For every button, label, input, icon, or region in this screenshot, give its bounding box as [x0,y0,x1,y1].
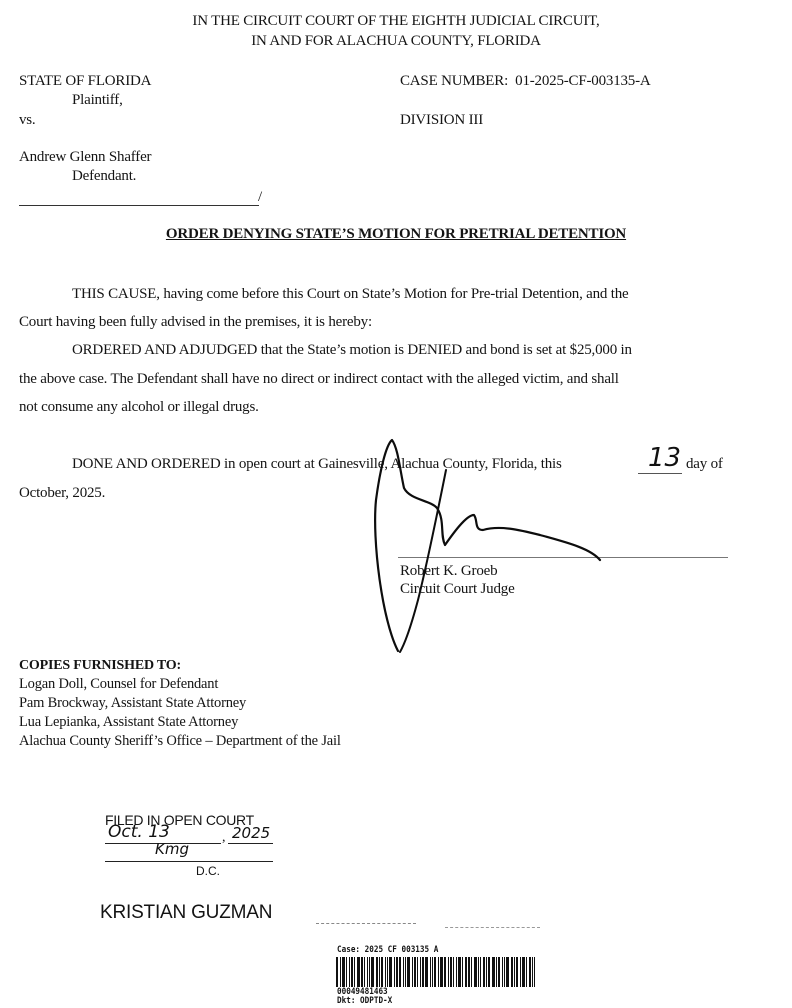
barcode-bar [488,957,490,987]
barcode-bar [522,957,525,987]
barcode-bar [480,957,481,987]
court-header-line-2: IN AND FOR ALACHUA COUNTY, FLORIDA [0,33,792,50]
barcode-bar [532,957,533,987]
faint-mark [445,927,540,928]
barcode-bar [361,957,363,987]
para1-line1: THIS CAUSE, having come before this Cour… [72,286,629,303]
barcode-bar [529,957,531,987]
barcode-bar [458,957,461,987]
barcode-bar [346,957,347,987]
para2-line1: ORDERED AND ADJUDGED that the State’s mo… [72,342,632,359]
barcode-bar [465,957,467,987]
copies-recipient: Logan Doll, Counsel for Defendant [19,676,218,693]
barcode-bar [483,957,485,987]
barcode-bar [456,957,457,987]
copies-heading: COPIES FURNISHED TO: [19,658,181,674]
barcode-docket: Dkt: ODPTD-X [337,997,392,1006]
day-blank-line [638,473,682,474]
barcode-bar [417,957,418,987]
versus: vs. [19,112,36,129]
para2-line3: not consume any alcohol or illegal drugs… [19,399,259,416]
clerk-initials: Kmg [155,840,189,858]
barcode-bar [371,957,374,987]
barcode-bar [351,957,353,987]
barcode-bar [502,957,503,987]
copies-recipient: Lua Lepianka, Assistant State Attorney [19,714,238,731]
clerk-name: KRISTIAN GUZMAN [100,902,272,924]
barcode-bar [364,957,365,987]
handwritten-day: 13 [648,444,681,472]
done-line2: October, 2025. [19,485,105,502]
barcode-bar [349,957,350,987]
barcode-bar [414,957,416,987]
barcode-bar [504,957,505,987]
filed-date-comma: , [222,830,225,846]
barcode-bar [407,957,410,987]
copies-recipient: Pam Brockway, Assistant State Attorney [19,695,246,712]
barcode-bar [468,957,470,987]
barcode-bar [511,957,513,987]
barcode-bar [486,957,487,987]
judge-name: Robert K. Groeb [400,563,497,580]
filed-stamp-month-day: Oct. 13 [108,822,170,842]
barcode-bar [354,957,355,987]
barcode-case-label: Case: 2025 CF 003135 A [337,946,438,955]
barcode-bar [444,957,446,987]
barcode-bar [450,957,452,987]
barcode-bar [405,957,406,987]
order-title: ORDER DENYING STATE’S MOTION FOR PRETRIA… [0,226,792,243]
court-header-line-1: IN THE CIRCUIT COURT OF THE EIGHTH JUDIC… [0,13,792,30]
signature-line [398,557,728,558]
para1-line2: Court having been fully advised in the p… [19,314,372,331]
barcode-bar [448,957,449,987]
barcode-bar [514,957,515,987]
barcode-bar [434,957,436,987]
barcode-bar [430,957,431,987]
barcode-bar [462,957,463,987]
defendant-name: Andrew Glenn Shaffer [19,149,151,166]
case-number-label-text: CASE NUMBER: [400,73,508,89]
barcode-bar [534,957,535,987]
barcode-bar [389,957,392,987]
division: DIVISION III [400,112,483,129]
barcode-bar [367,957,368,987]
barcode-bar [379,957,380,987]
barcode-bar [403,957,404,987]
barcode-bar [422,957,424,987]
barcode-bar [381,957,383,987]
defendant-role: Defendant. [72,168,136,185]
barcode-bar [506,957,509,987]
caption-divider [19,205,259,206]
done-line1-post: day of [686,456,723,473]
barcode-bar [453,957,454,987]
barcode-bar [474,957,477,987]
barcode-bar [526,957,527,987]
barcode-bar [342,957,345,987]
barcode-bar [376,957,378,987]
barcode [336,957,539,987]
para2-line2: the above case. The Defendant shall have… [19,371,619,388]
plaintiff-role: Plaintiff, [72,92,123,109]
judge-title: Circuit Court Judge [400,581,515,598]
barcode-bar [498,957,500,987]
case-number: 01-2025-CF-003135-A [515,73,650,89]
barcode-bar [471,957,472,987]
barcode-bar [478,957,479,987]
dc-label: D.C. [196,864,220,878]
barcode-bar [340,957,341,987]
barcode-bar [492,957,495,987]
barcode-bar [516,957,518,987]
barcode-bar [425,957,428,987]
case-number-label: CASE NUMBER: 01-2025-CF-003135-A [400,73,651,90]
filed-year-line [228,843,273,844]
barcode-bar [412,957,413,987]
barcode-bar [396,957,398,987]
barcode-bar [385,957,386,987]
barcode-bar [357,957,360,987]
barcode-bar [440,957,443,987]
filed-stamp-year: 2025 [232,824,270,842]
copies-recipient: Alachua County Sheriff’s Office – Depart… [19,733,341,750]
barcode-bar [496,957,497,987]
barcode-bar [420,957,421,987]
barcode-bar [399,957,401,987]
barcode-bar [387,957,388,987]
caption-slash: / [258,189,262,206]
faint-mark [316,923,416,924]
clerk-signature-line [105,861,273,862]
done-line1-pre: DONE AND ORDERED in open court at Gaines… [72,456,562,473]
barcode-bar [432,957,433,987]
barcode-bar [394,957,395,987]
barcode-bar [336,957,338,987]
plaintiff-name: STATE OF FLORIDA [19,73,151,90]
barcode-bar [438,957,439,987]
barcode-bar [520,957,521,987]
barcode-bar [369,957,370,987]
